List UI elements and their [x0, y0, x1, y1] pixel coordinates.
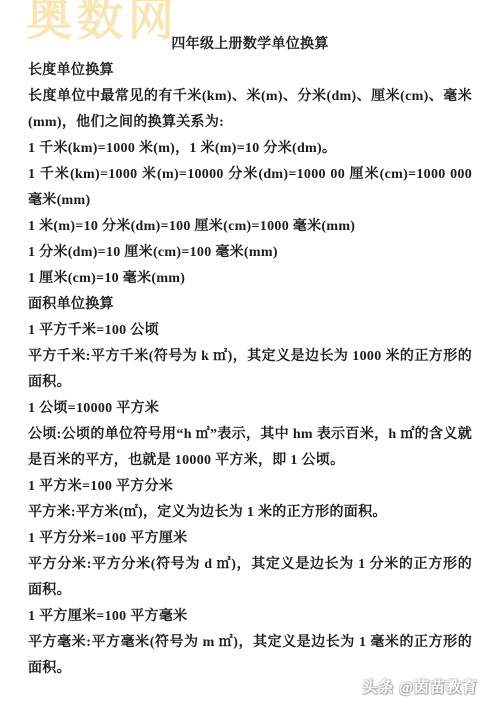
body-line: 平方千米:平方千米(符号为 k ㎡)，其定义是边长为 1000 米的正方形的面积… — [28, 344, 472, 396]
body-line: 1 平方分米=100 平方厘米 — [28, 526, 472, 552]
body-line: 1 公顷=10000 平方米 — [28, 396, 472, 422]
section-heading-area: 面积单位换算 — [28, 292, 472, 318]
body-line: 平方分米:平方分米(符号为 d ㎡)，其定义是边长为 1 分米的正方形的面积。 — [28, 552, 472, 604]
toutiao-watermark: 头条 @茵苗教育 — [362, 676, 478, 697]
body-line: 长度单位中最常见的有千米(km)、米(m)、分米(dm)、厘米(cm)、毫米(m… — [28, 84, 472, 136]
document-page: 奥数网 四年级上册数学单位换算 长度单位换算 长度单位中最常见的有千米(km)、… — [0, 0, 500, 707]
body-line: 1 平方厘米=100 平方毫米 — [28, 604, 472, 630]
page-title: 四年级上册数学单位换算 — [28, 32, 472, 58]
body-line: 1 分米(dm)=10 厘米(cm)=100 毫米(mm) — [28, 240, 472, 266]
body-line: 1 平方千米=100 公顷 — [28, 318, 472, 344]
body-line: 1 厘米(cm)=10 毫米(mm) — [28, 266, 472, 292]
section-heading-length: 长度单位换算 — [28, 58, 472, 84]
body-line: 1 千米(km)=1000 米(m)=10000 分米(dm)=1000 00 … — [28, 162, 472, 214]
body-line: 1 平方米=100 平方分米 — [28, 474, 472, 500]
body-line: 1 千米(km)=1000 米(m)，1 米(m)=10 分米(dm)。 — [28, 136, 472, 162]
body-line: 平方毫米:平方毫米(符号为 m ㎡)，其定义是边长为 1 毫米的正方形的面积。 — [28, 630, 472, 682]
document-content: 四年级上册数学单位换算 长度单位换算 长度单位中最常见的有千米(km)、米(m)… — [0, 0, 500, 682]
body-line: 公顷:公顷的单位符号用“h ㎡”表示，其中 hm 表示百米，h ㎡的含义就是百米… — [28, 422, 472, 474]
body-line: 平方米:平方米(㎡)，定义为边长为 1 米的正方形的面积。 — [28, 500, 472, 526]
body-line: 1 米(m)=10 分米(dm)=100 厘米(cm)=1000 毫米(mm) — [28, 214, 472, 240]
